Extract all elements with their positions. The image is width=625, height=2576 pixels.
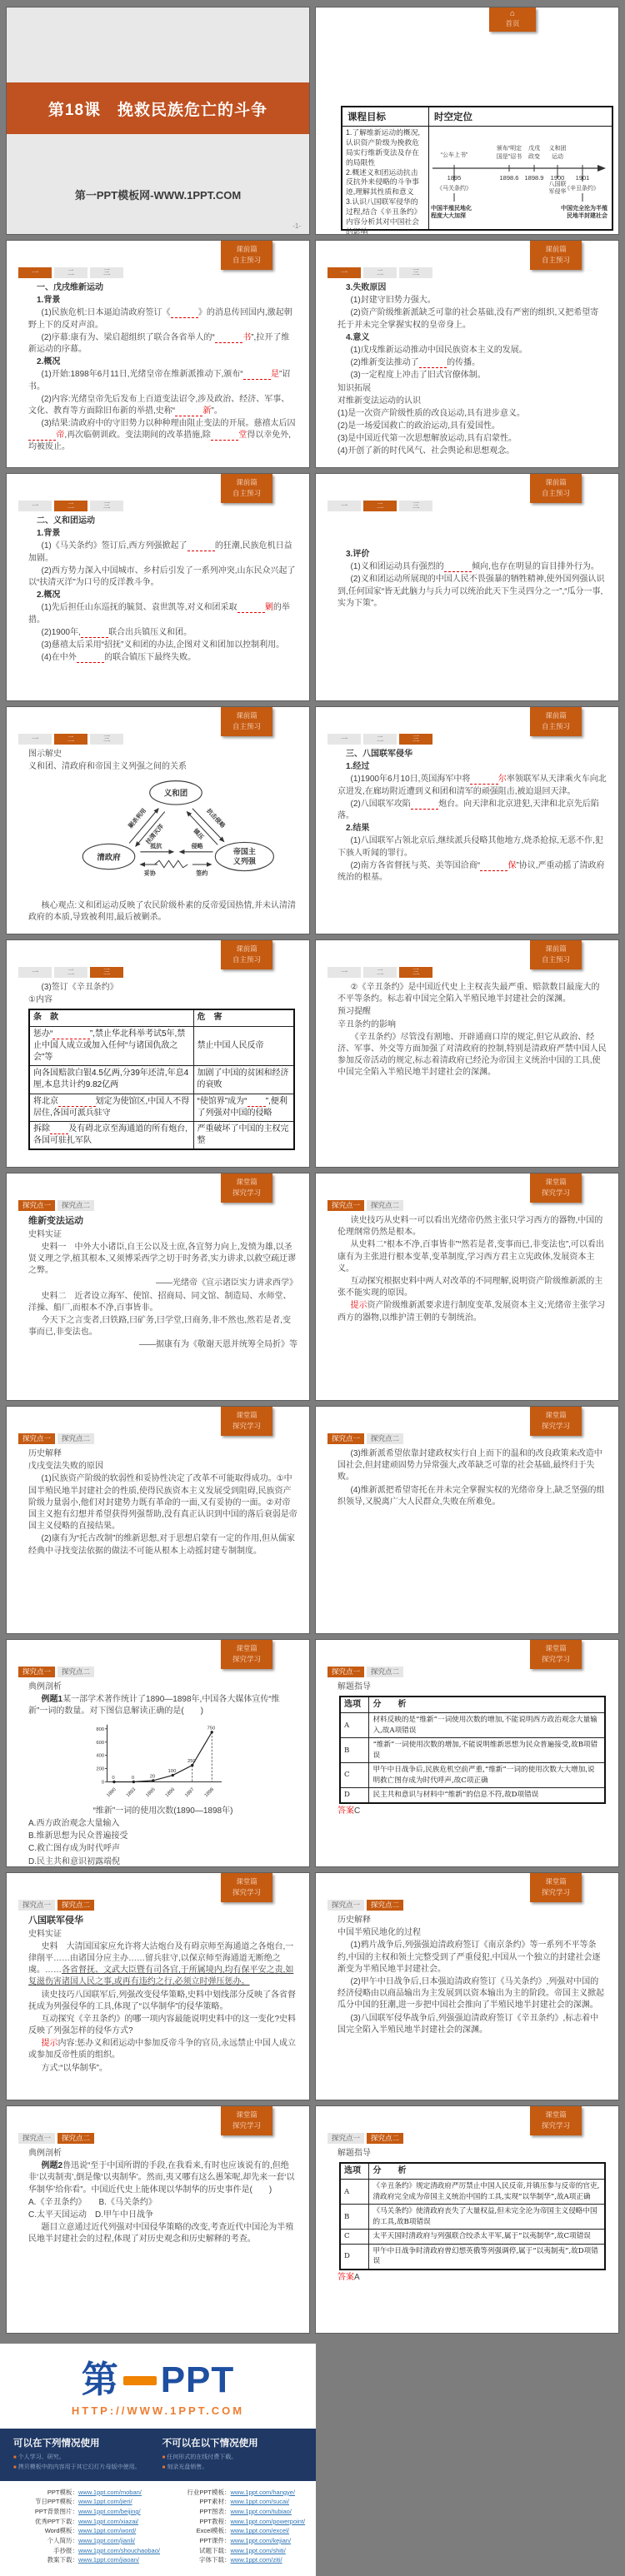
footer-link[interactable]: www.1ppt.com/jianli/ (78, 2537, 135, 2544)
tab-strip: 一二三 (18, 967, 123, 978)
slide-grid: 第18课 挽救民族危亡的斗争第一PPT模板网-WWW.1PPT.COM-1-⌂首… (0, 0, 625, 2334)
home-button[interactable]: ⌂首页 (489, 7, 536, 32)
section-badge-line: 自主预习 (222, 255, 271, 266)
paragraph: 3.失败原因 (337, 282, 607, 294)
answer-hint: 书 (242, 333, 251, 342)
svg-text:600: 600 (96, 1740, 105, 1745)
svg-text:0: 0 (132, 1776, 135, 1781)
tab-1[interactable]: 一 (327, 734, 361, 745)
paragraph: (1)八国联军占领北京后,继续派兵侵略其他地方,烧杀抢掠,无恶不作,犯下骇人听闻… (337, 835, 607, 859)
svg-text:程度大大加深: 程度大大加深 (431, 212, 466, 219)
paragraph: 戊戌变法失败的原因 (28, 1461, 297, 1472)
slide-row: 课堂篇探究学习探究点一探究点二历史解释戊戌变法失败的原因(1)民族资产阶级的软弱… (6, 1406, 619, 1634)
paragraph: 八国联军侵华 (28, 1915, 297, 1928)
tab-2[interactable]: 探究点二 (57, 1667, 94, 1677)
tab-1[interactable]: 探究点一 (327, 1433, 364, 1444)
table-row: 向各国赔款白银4.5亿两,分39年还清,年息4厘,本息共计约9.82亿两加剧了中… (29, 1066, 294, 1094)
usage-term: ■个人学习、研究。 (13, 2453, 141, 2463)
tab-2[interactable]: 探究点二 (367, 2133, 403, 2144)
tab-2[interactable]: 探究点二 (57, 2133, 94, 2144)
footer-link[interactable]: www.1ppt.com/moban/ (78, 2489, 142, 2496)
tab-1[interactable]: 探究点一 (18, 1200, 55, 1211)
section-badge: 课前篇自主预习 (221, 241, 272, 270)
tab-2[interactable]: 二 (363, 967, 397, 978)
slide-9: 课前篇自主预习一二三(3)签订《辛丑条约》①内容条 款危 害惩办“_______… (6, 939, 310, 1168)
svg-text:剿杀利用: 剿杀利用 (127, 807, 147, 830)
timeline-graphic: 18951898.61898.919001901“公车上书”颁布“明定国是”诏书… (429, 127, 609, 225)
slide-content: 3.失败原因(1)封建守旧势力强大。(2)资产阶级维新派缺乏可靠的社会基础,没有… (337, 282, 607, 459)
lesson-title: 第18课 挽救民族危亡的斗争 (48, 97, 267, 120)
tab-1[interactable]: 探究点一 (327, 1667, 364, 1677)
tab-3[interactable]: 三 (399, 501, 432, 511)
tab-strip: 探究点一探究点二 (327, 1900, 403, 1911)
tab-2[interactable]: 二 (363, 267, 397, 278)
slide-11: 课堂篇探究学习探究点一探究点二维新变法运动史料实证史料一 中外大小诸臣,自王公以… (6, 1173, 310, 1401)
paragraph: (3)结果:清政府中的守旧势力以种种理由阻止变法的开展。慈禧太后囚______帝… (28, 418, 297, 454)
fill-blank: ____ (247, 1097, 266, 1107)
paragraph: 维新变法运动 (28, 1215, 297, 1228)
section-badge: 课堂篇探究学习 (221, 1873, 272, 1902)
section-badge-line: 课堂篇 (532, 1643, 580, 1654)
svg-text:政变: 政变 (528, 152, 540, 160)
slide-10: 课前篇自主预习一二三②《辛丑条约》是中国近代史上主权丧失最严重、赔款数目最庞大的… (315, 939, 619, 1168)
bullet-icon: ■ (162, 2455, 166, 2460)
answer-hint: 尔 (498, 775, 507, 784)
tab-1[interactable]: 一 (18, 501, 52, 511)
svg-text:义和团: 义和团 (549, 144, 567, 152)
footer-link-row: 字体下载：www.1ppt.com/ziti/ (161, 2555, 313, 2565)
paragraph: A.《辛丑条约》 B.《马关条约》 (28, 2197, 297, 2209)
tab-strip: 探究点一探究点二 (327, 1200, 403, 1211)
section-badge: 课堂篇探究学习 (221, 1640, 272, 1669)
paragraph: 历史解释 (337, 1915, 607, 1926)
paragraph: 对维新变法运动的认识 (337, 396, 607, 407)
tab-2[interactable]: 二 (363, 734, 397, 745)
footer-link-row: Excel模板：www.1ppt.com/excel/ (161, 2526, 313, 2536)
slide-content: (3)维新派希望依靠封建政权实行自上而下的温和的改良政策来改造中国社会,但封建顽… (337, 1448, 607, 1509)
section-badge-line: 课前篇 (222, 477, 271, 488)
svg-text:200: 200 (96, 1766, 105, 1771)
paragraph: (2)西方势力深入中国城市、乡村后引发了一系列冲突,山东民众兴起了以“扶清灭洋”… (28, 566, 297, 589)
paragraph: 1.经过 (337, 761, 607, 773)
section-badge-line: 探究学习 (532, 1421, 580, 1432)
link-label: 字体下载： (161, 2555, 231, 2565)
svg-text:1898.9: 1898.9 (525, 174, 544, 182)
paragraph: 互动探究《辛丑条约》的哪一项内容最能说明史料中的这一变化?史料反映了列强怎样的侵… (28, 2014, 297, 2037)
paragraph: 提示资产阶级维新派要求进行制度变革,发展资本主义;光绪帝主张学习西方的器物,以维… (337, 1300, 607, 1323)
slide-row: 课前篇自主预习一二三一、戊戌维新运动1.背景(1)民族危机:日本逼迫清政府签订《… (6, 240, 619, 468)
tab-2[interactable]: 探究点二 (57, 1900, 94, 1911)
slide-15: 课堂篇探究学习探究点一探究点二典例剖析例题1某一部学术著作统计了1890—189… (6, 1639, 310, 1867)
footer-links-right: 行业PPT模板：www.1ppt.com/hangye/PPT素材：www.1p… (161, 2488, 313, 2565)
svg-text:《马关条约》: 《马关条约》 (437, 184, 472, 192)
tab-2[interactable]: 探究点二 (367, 1900, 403, 1911)
home-icon: ⌂ (489, 10, 536, 18)
site-url[interactable]: HTTP://WWW.1PPT.COM (0, 2404, 316, 2417)
tab-3[interactable]: 三 (90, 267, 123, 278)
footer-link-row: 教案下载：www.1ppt.com/jiaoan/ (8, 2555, 161, 2565)
footer-link-row: PPT教程：www.1ppt.com/powerpoint/ (161, 2517, 313, 2527)
fill-blank: ______ (175, 406, 202, 416)
slide-13: 课堂篇探究学习探究点一探究点二历史解释戊戌变法失败的原因(1)民族资产阶级的软弱… (6, 1406, 310, 1634)
fill-blank: ______ (411, 800, 438, 810)
table-header: 条 款 (29, 1009, 193, 1026)
tab-strip: 探究点一探究点二 (18, 1667, 94, 1677)
fill-blank: ________ (58, 1097, 96, 1107)
slide-content: 图示解史义和团、清政府和帝国主义列强之间的关系义和团清政府帝国主义列强剿杀利用扶… (28, 749, 297, 924)
svg-text:运动: 运动 (552, 152, 563, 160)
svg-text:20: 20 (150, 1774, 156, 1779)
tab-3[interactable]: 三 (399, 267, 432, 278)
svg-text:签约: 签约 (196, 869, 208, 877)
paragraph: (2)内容:光绪皇帝先后发布上百道变法诏令,涉及政治、经济、军事、文化、教育等方… (28, 394, 297, 417)
tab-1[interactable]: 一 (18, 967, 52, 978)
tab-strip: 探究点一探究点二 (327, 1433, 403, 1444)
goals-header-cell: 课程目标 (342, 107, 429, 126)
tab-1[interactable]: 探究点一 (327, 1900, 364, 1911)
footer-link-row: PPT素材：www.1ppt.com/sucai/ (161, 2497, 313, 2507)
link-label: 试题下载： (161, 2546, 231, 2556)
footer-link[interactable]: www.1ppt.com/excel/ (231, 2527, 289, 2534)
slide-content: 解题指导选项分 析A材料反映的是“维新”一词使用次数的增加,不能说明西方政治观念… (337, 1682, 607, 1818)
paragraph: 1.背景 (28, 295, 297, 306)
table-row: 拆除____及有碍北京至海通道的所有炮台,各国可驻扎军队严重破坏了中国的主权完整 (29, 1121, 294, 1149)
tab-2[interactable]: 探究点二 (367, 1667, 403, 1677)
svg-text:清政府: 清政府 (96, 853, 121, 863)
svg-text:1897: 1897 (184, 1786, 195, 1797)
table-cell: 将北京________划定为使馆区,中国人不得居住,各国可派兵驻守 (29, 1094, 193, 1121)
slide-content: 历史解释中国半殖民地化的过程(1)鸦片战争后,列强强迫清政府签订《南京条约》等一… (337, 1915, 607, 2037)
section-badge-line: 自主预习 (222, 488, 271, 499)
table-cell: D (340, 2244, 369, 2269)
section-badge-line: 课前篇 (222, 944, 271, 954)
section-badge-line: 课前篇 (532, 710, 580, 721)
footer-link[interactable]: www.1ppt.com/word/ (78, 2527, 136, 2534)
tab-2[interactable]: 探究点二 (367, 1200, 403, 1211)
section-badge-line: 探究学习 (222, 1188, 271, 1198)
tab-strip: 一二三 (18, 501, 123, 511)
slide-content: 一、戊戌维新运动1.背景(1)民族危机:日本逼迫清政府签订《______》的消息… (28, 282, 297, 455)
tab-strip: 一二三 (18, 734, 123, 745)
logo-text-first: 第 (82, 2359, 119, 2400)
footer-link[interactable]: www.1ppt.com/powerpoint/ (231, 2518, 306, 2525)
section-badge: 课前篇自主预习 (530, 707, 582, 736)
footer-link[interactable]: www.1ppt.com/hangye/ (231, 2489, 296, 2496)
svg-text:颁布“明定: 颁布“明定 (497, 144, 522, 152)
svg-text:帝国主: 帝国主 (232, 847, 256, 856)
answer-hint: 新 (202, 406, 211, 416)
footer-link[interactable]: www.1ppt.com/shiti/ (231, 2547, 286, 2554)
answer-hint: 剿 (265, 603, 273, 612)
footer-link[interactable]: www.1ppt.com/tubiao/ (231, 2508, 292, 2515)
section-badge: 课前篇自主预习 (530, 940, 582, 969)
section-badge-line: 自主预习 (222, 721, 271, 732)
paragraph: D.民主共和意识初露端倪 (28, 1856, 297, 1868)
fill-blank: ______ (211, 431, 238, 441)
tab-1[interactable]: 探究点一 (18, 1900, 55, 1911)
link-label: 个人简历： (8, 2536, 78, 2546)
site-logo: 第PPT (0, 2362, 316, 2399)
fill-blank: ______ (28, 431, 56, 441)
paragraph: ①内容 (28, 994, 297, 1006)
paragraph: (1)戊戌维新运动推动中国民族资本主义的发展。 (337, 345, 607, 356)
paragraph: (4)在中外______的联合镇压下最终失败。 (28, 652, 297, 664)
fill-blank: ______ (243, 370, 271, 380)
tab-2[interactable]: 探究点二 (367, 1433, 403, 1444)
svg-text:中国半殖民地化: 中国半殖民地化 (431, 204, 472, 212)
section-badge-line: 课前篇 (222, 710, 271, 721)
link-label: 节日PPT模板： (8, 2497, 78, 2507)
slide-14: 课堂篇探究学习探究点一探究点二(3)维新派希望依靠封建政权实行自上而下的温和的改… (315, 1406, 619, 1634)
underlined-text: 各省督抚、文武大臣暨有司各官,于所属境内,均有保平安之责,如复滋伤害诸国人民之事… (28, 1966, 293, 1986)
tab-3[interactable]: 三 (90, 967, 123, 978)
answer-hint: 帝 (56, 431, 64, 440)
slide-row: 课前篇自主预习一二三二、义和团运动1.背景(1)《马关条约》签订后,西方列强掀起… (6, 473, 619, 701)
paragraph: (1)封建守旧势力强大。 (337, 295, 607, 306)
slide-row: 课堂篇探究学习探究点一探究点二八国联军侵华史料实证史料 大清国国家应允许将大沽炮… (6, 1872, 619, 2100)
slide-row: 课堂篇探究学习探究点一探究点二维新变法运动史料实证史料一 中外大小诸臣,自王公以… (6, 1173, 619, 1401)
svg-text:400: 400 (96, 1753, 105, 1758)
tab-strip: 一二三 (327, 734, 432, 745)
tab-2[interactable]: 二 (54, 734, 87, 745)
fill-blank: ______ (215, 333, 242, 343)
paragraph: (3)八国联军侵华战争后,列强强迫清政府签订《辛丑条约》,标志着中国完全陷入半殖… (337, 2013, 607, 2036)
section-badge: 课前篇自主预习 (221, 474, 272, 503)
table-row: 惩办“________”,禁止华北科举考试5年,禁止中国人成立或加入任何“与诸国… (29, 1026, 294, 1066)
answer-hint: 堂 (238, 431, 247, 440)
svg-text:侵略: 侵略 (191, 842, 203, 850)
table-cell: 《马关条约》使清政府丧失了大量权益,但未完全沦为帝国主义侵略中国的工具,故B项错… (369, 2205, 605, 2230)
footer-link[interactable]: www.1ppt.com/jieri/ (78, 2498, 132, 2505)
paragraph: 从史料二“根本不净,百事皆非”“然若是者,变事而已,非变法也”,可以看出康有为主… (337, 1239, 607, 1275)
section-badge: 课前篇自主预习 (530, 474, 582, 503)
answer-hint: 提示 (351, 1301, 367, 1310)
paragraph: 一、戊戌维新运动 (28, 282, 297, 294)
section-badge-line: 课前篇 (532, 944, 580, 954)
section-badge: 课堂篇探究学习 (221, 1173, 272, 1203)
footer-link-row: PPT背景图片：www.1ppt.com/beijing/ (8, 2507, 161, 2517)
paragraph: ②《辛丑条约》是中国近代史上主权丧失最严重、赔款数目最庞大的不平等条约。标志着中… (337, 982, 607, 1005)
section-badge-line: 课堂篇 (532, 2110, 580, 2120)
tab-2[interactable]: 探究点二 (57, 1433, 94, 1444)
fill-blank: ______ (171, 308, 198, 318)
tab-3[interactable]: 三 (399, 734, 432, 745)
section-badge-line: 探究学习 (532, 1188, 580, 1198)
section-badge-line: 探究学习 (532, 1887, 580, 1898)
paragraph: (2)维新变法推动了______的传播。 (337, 357, 607, 369)
table-row: C太平天国时清政府与列强联合绞杀太平军,属于“以夷制华”,故C项错误 (340, 2230, 605, 2244)
footer-link[interactable]: www.1ppt.com/beijing/ (78, 2508, 141, 2515)
tab-strip: 一二三 (327, 967, 432, 978)
footer-link[interactable]: www.1ppt.com/kejian/ (231, 2537, 292, 2544)
paragraph: (2)义和团运动所展现的中国人民不畏强暴的牺牲精神,使外国列强认识到,任何国家“… (337, 574, 607, 610)
paragraph: 史料实证 (28, 1929, 297, 1941)
paragraph: (1)1900年6月10日,英国海军中将______尔率领联军从天津乘火车向北京… (337, 774, 607, 797)
table-cell: “维新”一词使用次数的增加,不能说明维新思想为民众普遍接受,故B项错误 (369, 1738, 605, 1763)
paragraph: (3)签订《辛丑条约》 (28, 982, 297, 994)
footer-link[interactable]: www.1ppt.com/ziti/ (231, 2556, 282, 2564)
tab-3[interactable]: 三 (90, 501, 123, 511)
tab-strip: 探究点一探究点二 (327, 1667, 403, 1677)
tab-1[interactable]: 探究点一 (18, 1667, 55, 1677)
paragraph: 提示内容:惩办义和团运动中参加反帝斗争的官员,永远禁止中国人成立或参加反帝性质的… (28, 2038, 297, 2061)
section-badge-line: 自主预习 (532, 255, 580, 266)
slide-content: 历史解释戊戌变法失败的原因(1)民族资产阶级的软弱性和妥协性决定了改革不可能取得… (28, 1448, 297, 1558)
slide-1: 第18课 挽救民族危亡的斗争第一PPT模板网-WWW.1PPT.COM-1- (6, 7, 310, 235)
paragraph: 史料二 近者设立海军、使馆、招商局、同文馆、制造局、水师堂、洋操、船厂,而根本不… (28, 1291, 297, 1314)
tab-strip: 探究点一探究点二 (18, 1433, 94, 1444)
tab-1[interactable]: 探究点一 (18, 2133, 55, 2144)
tab-3[interactable]: 三 (90, 734, 123, 745)
tab-1[interactable]: 探究点一 (327, 1200, 364, 1211)
tab-2[interactable]: 二 (54, 501, 87, 511)
paragraph: 2.概况 (28, 590, 297, 601)
link-label: 优秀PPT下载： (8, 2517, 78, 2527)
paragraph: 预习提醒 (337, 1006, 607, 1018)
paragraph: B.维新思想为民众普遍接受 (28, 1831, 297, 1842)
link-label: Excel模板： (161, 2526, 231, 2536)
timeline-header-cell: 时空定位 (429, 107, 477, 126)
section-badge-line: 探究学习 (222, 1654, 271, 1665)
paragraph: 义和团、清政府和帝国主义列强之间的关系 (28, 761, 297, 773)
paragraph: 解题指导 (337, 2148, 607, 2160)
slide-row: 课前篇自主预习一二三图示解史义和团、清政府和帝国主义列强之间的关系义和团清政府帝… (6, 706, 619, 934)
footer-link[interactable]: www.1ppt.com/sucai/ (231, 2498, 289, 2505)
link-label: PPT图表： (161, 2507, 231, 2517)
fill-blank: ______ (187, 541, 215, 551)
section-badge-line: 课前篇 (532, 244, 580, 255)
table-row: D甲午中日战争时清政府曾幻想英俄等列强调停,属于“以夷制夷”,故D项错误 (340, 2244, 605, 2269)
tab-1[interactable]: 探究点一 (18, 1433, 55, 1444)
footer-link-row: 节日PPT模板：www.1ppt.com/jieri/ (8, 2497, 161, 2507)
section-badge: 课堂篇探究学习 (530, 1640, 582, 1669)
paragraph: 解题指导 (337, 1682, 607, 1693)
data-table: 选项分 析A材料反映的是“维新”一词使用次数的增加,不能说明西方政治观念大量输入… (339, 1696, 606, 1803)
paragraph: (2)资产阶级维新派缺乏可靠的社会基础,没有严密的组织,又把希望寄托于并未完全掌… (337, 307, 607, 331)
fill-blank: ______ (81, 628, 108, 638)
fill-blank: ______ (480, 861, 507, 871)
table-cell: 甲午中日战争时清政府曾幻想英俄等列强调停,属于“以夷制夷”,故D项错误 (369, 2244, 605, 2269)
data-table: 选项分 析A《辛丑条约》规定清政府严厉禁止中国人民反帝,并镇压参与反帝的官吏,清… (339, 2162, 606, 2270)
usage-disallowed: 不可以在以下情况使用■任何形式的在线付费下载。■刻录光盘销售。 (162, 2436, 258, 2473)
answer-hint: 答案 (337, 1806, 354, 1816)
svg-text:《辛丑条约》: 《辛丑条约》 (564, 184, 599, 192)
tab-1[interactable]: 一 (327, 967, 361, 978)
paragraph: 知识拓展 (337, 383, 607, 395)
slide-content: 二、义和团运动1.背景(1)《马关条约》签订后,西方列强掀起了______的狂潮… (28, 516, 297, 665)
section-badge-line: 探究学习 (222, 2120, 271, 2131)
tab-2[interactable]: 二 (54, 967, 87, 978)
paragraph: 典例剖析 (28, 1682, 297, 1693)
link-label: PPT背景图片： (8, 2507, 78, 2517)
slide-row: 课堂篇探究学习探究点一探究点二典例剖析例题1某一部学术著作统计了1890—189… (6, 1639, 619, 1867)
tab-1[interactable]: 一 (18, 267, 52, 278)
page-canvas: 第18课 挽救民族危亡的斗争第一PPT模板网-WWW.1PPT.COM-1-⌂首… (0, 0, 625, 2576)
footer-link-row: 行业PPT模板：www.1ppt.com/hangye/ (161, 2488, 313, 2498)
table-cell: 加剧了中国的贫困和经济的衰败 (193, 1066, 294, 1094)
tab-1[interactable]: 一 (327, 501, 361, 511)
footer-link[interactable]: www.1ppt.com/jiaoan/ (78, 2556, 139, 2564)
boxer-relations-diagram: 义和团清政府帝国主义列强剿杀利用扶清灭洋抗击侵略镇压抵抗侵略妥协签约 (72, 775, 297, 898)
slide-19: 课堂篇探究学习探究点一探究点二典例剖析例题2鲁迅说“至于中国所谓的手段,在我看来… (6, 2105, 310, 2334)
svg-text:义列强: 义列强 (233, 856, 257, 865)
slide-8: 课前篇自主预习一二三三、八国联军侵华1.经过(1)1900年6月10日,英国海军… (315, 706, 619, 934)
svg-text:民地半封建社会: 民地半封建社会 (567, 212, 607, 219)
footer-link[interactable]: www.1ppt.com/shouchaobao/ (78, 2547, 160, 2554)
section-badge-line: 自主预习 (532, 488, 580, 499)
link-label: 行业PPT模板： (161, 2488, 231, 2498)
paragraph: 互动探究根据史料中两人对改革的不同理解,说明资产阶级维新派的主张不能实现的原因。 (337, 1276, 607, 1299)
paragraph: (1)鸦片战争后,列强强迫清政府签订《南京条约》等一系列不平等条约,中国的主权和… (337, 1940, 607, 1976)
footer-link[interactable]: www.1ppt.com/xiazai/ (78, 2518, 138, 2525)
footer-link-row: 个人简历：www.1ppt.com/jianli/ (8, 2536, 161, 2546)
svg-text:国是”诏书: 国是”诏书 (497, 152, 522, 160)
section-badge-line: 课堂篇 (222, 1177, 271, 1188)
paragraph: (2)甲午中日战争后,日本强迫清政府签订《马关条约》,列强对中国的经济侵略由以商… (337, 1976, 607, 2012)
paragraph: (1)是一次资产阶级性质的改良运动,具有进步意义。 (337, 408, 607, 420)
tab-2[interactable]: 二 (54, 267, 87, 278)
slide-row: 课前篇自主预习一二三(3)签订《辛丑条约》①内容条 款危 害惩办“_______… (6, 939, 619, 1168)
footer-link-row: 试题下载：www.1ppt.com/shiti/ (161, 2546, 313, 2556)
table-row: B《马关条约》使清政府丧失了大量权益,但未完全沦为帝国主义侵略中国的工具,故B项… (340, 2205, 605, 2230)
section-badge-line: 课堂篇 (532, 1410, 580, 1421)
footer-links-left: PPT模板：www.1ppt.com/moban/节日PPT模板：www.1pp… (8, 2488, 161, 2565)
table-cell: D (340, 1788, 369, 1803)
paragraph: (3)一定程度上冲击了旧式官僚体制。 (337, 370, 607, 381)
paragraph: 答案C (337, 1806, 607, 1817)
svg-text:1898.6: 1898.6 (500, 174, 519, 182)
table-cell: 材料反映的是“维新”一词使用次数的增加,不能说明西方政治观念大量输入,故A项错误 (369, 1713, 605, 1738)
fill-blank: ______ (444, 562, 472, 572)
link-label: PPT模板： (8, 2488, 78, 2498)
section-badge: 课前篇自主预习 (221, 707, 272, 736)
paragraph: 图示解史 (28, 749, 297, 760)
paragraph: 二、义和团运动 (28, 516, 297, 527)
paragraph: 例题2鲁迅说“至于中国所谓的手段,在我看来,有时也应该说有的,但绝非‘以夷制夷’… (28, 2160, 297, 2196)
footer-link-row: Word模板：www.1ppt.com/word/ (8, 2526, 161, 2536)
course-goal: 1.了解维新运动的概况,认识资产阶级为挽救危局实行维新变法及存在的局限性 (346, 128, 425, 168)
table-row: A《辛丑条约》规定清政府严厉禁止中国人民反帝,并镇压参与反帝的官吏,清政府完全成… (340, 2180, 605, 2205)
svg-text:800: 800 (96, 1726, 105, 1731)
paragraph: 例题1某一部学术著作统计了1890—1898年,中国各大媒体宣传“维新”一词的数… (28, 1694, 297, 1717)
svg-text:1890: 1890 (106, 1786, 117, 1798)
slide-content: 八国联军侵华史料实证史料 大清国国家应允许将大沽炮台及有碍京师至海通道之各炮台,… (28, 1915, 297, 2075)
section-badge-line: 课前篇 (532, 477, 580, 488)
paragraph: 历史解释 (28, 1448, 297, 1460)
usage-allowed-title: 可以在下列情况使用 (13, 2436, 141, 2449)
fill-blank: ______ (77, 653, 104, 663)
tab-2[interactable]: 二 (363, 501, 397, 511)
tab-1[interactable]: 一 (18, 734, 52, 745)
page-number: -1- (292, 222, 301, 230)
answer-hint: 保 (507, 861, 516, 870)
bullet-icon: ■ (13, 2465, 17, 2470)
paragraph: 史料一 中外大小诸臣,自王公以及士庶,各宜努力向上,发愤为雄,以圣贤义理之学,植… (28, 1242, 297, 1278)
slide-16: 课堂篇探究学习探究点一探究点二解题指导选项分 析A材料反映的是“维新”一词使用次… (315, 1639, 619, 1867)
table-cell: 严重破坏了中国的主权完整 (193, 1121, 294, 1149)
svg-text:抵抗: 抵抗 (149, 842, 162, 850)
tab-2[interactable]: 探究点二 (57, 1200, 94, 1211)
tab-3[interactable]: 三 (399, 967, 432, 978)
tab-1[interactable]: 探究点一 (327, 2133, 364, 2144)
paragraph: C.太平天国运动 D.甲午中日战争 (28, 2210, 297, 2221)
section-badge: 课堂篇探究学习 (530, 1407, 582, 1436)
link-label: Word模板： (8, 2526, 78, 2536)
link-label: PPT教程： (161, 2517, 231, 2527)
course-goals-cell: 1.了解维新运动的概况,认识资产阶级为挽救危局实行维新变法及存在的局限性2.概述… (342, 127, 429, 229)
paragraph: 读史技巧从史料一可以看出光绪帝仍然主张只学习西方的器物,中国的伦理纲常仍然是根本… (337, 1215, 607, 1238)
tab-1[interactable]: 一 (327, 267, 361, 278)
